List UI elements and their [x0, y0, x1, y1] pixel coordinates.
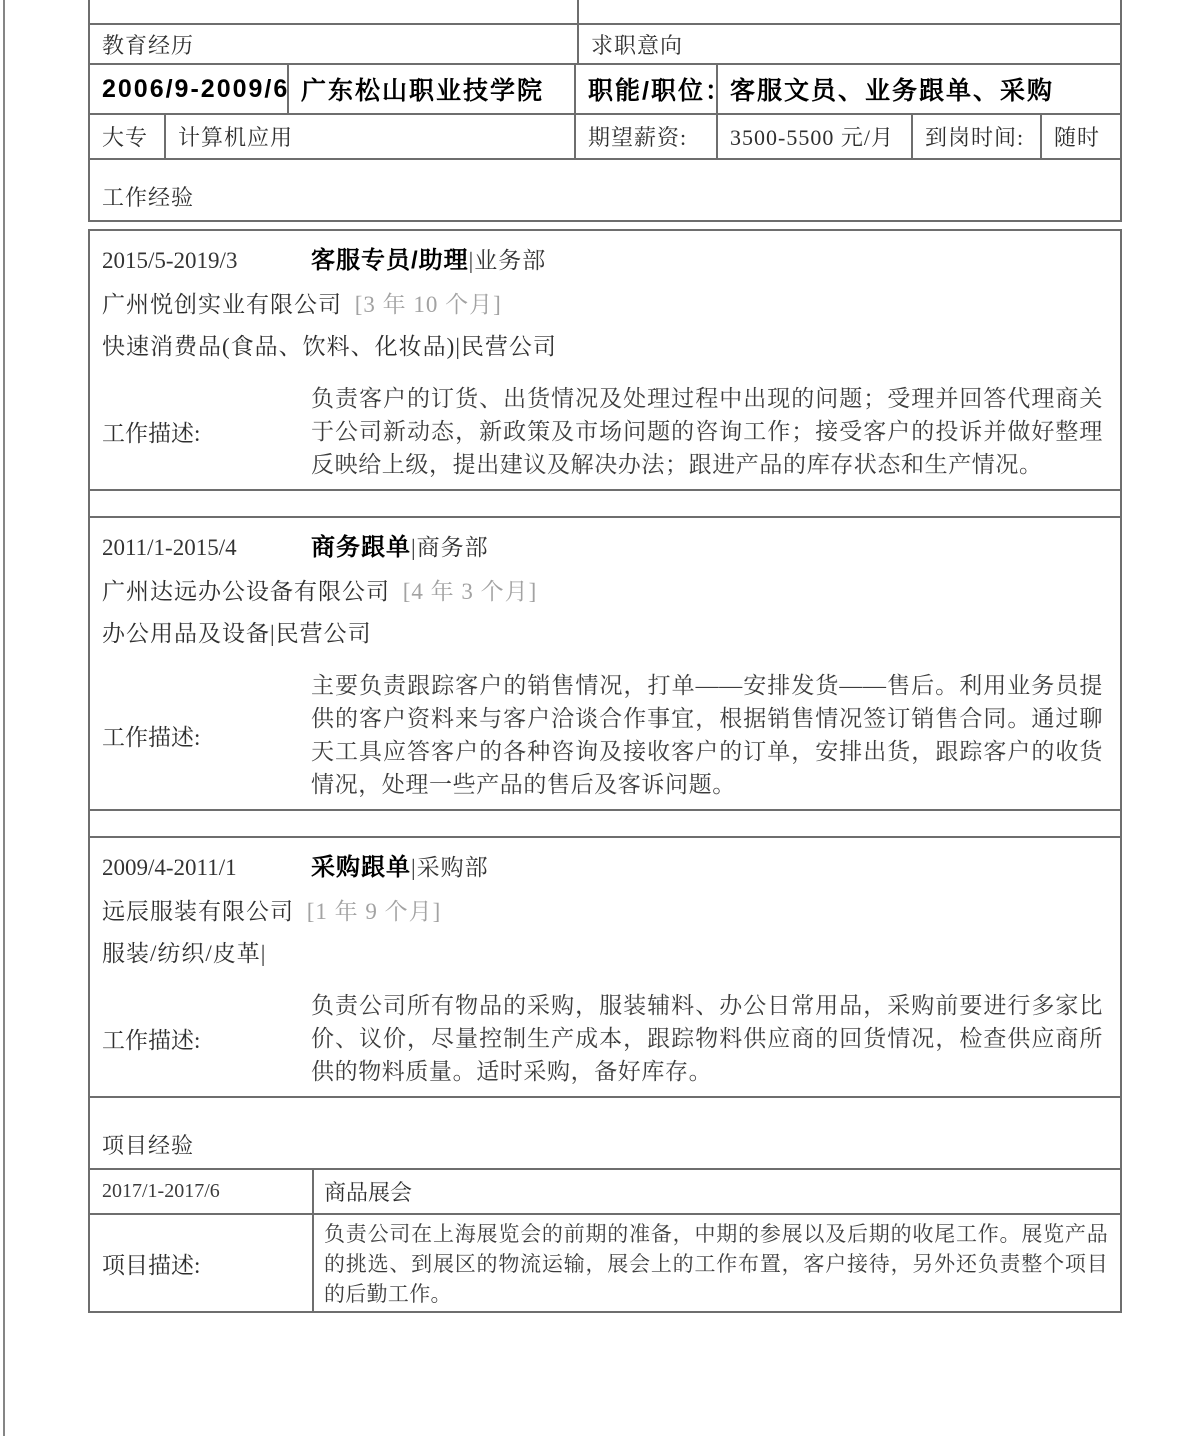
function-value: 客服文员、业务跟单、采购: [716, 65, 1120, 113]
partial-cell-right: [577, 0, 1120, 23]
work-experience-section-title: 工作经验: [102, 181, 194, 212]
job-period: 2009/4-2011/1: [102, 854, 311, 882]
job-title-line: 2015/5-2019/3 客服专员/助理 |业务部: [102, 247, 1106, 275]
job-entry-2: 2011/1-2015/4 商务跟单 |商务部 广州达远办公设备有限公司 [4 …: [90, 518, 1120, 809]
education-period: 2006/9-2009/6: [90, 65, 287, 113]
job-description: 主要负责跟踪客户的销售情况，打单——安排发货——售后。利用业务员提供的客户资料来…: [311, 669, 1103, 801]
job-duration: [3 年 10 个月]: [355, 292, 502, 317]
job-title: 采购跟单: [311, 854, 411, 882]
partial-cell-left: [90, 0, 577, 23]
row-spacer: [90, 489, 1120, 518]
job-company: 远辰服装有限公司: [102, 899, 294, 924]
salary-value: 3500-5500 元/月: [716, 115, 911, 158]
resume-document: 教育经历 求职意向 2006/9-2009/6 广东松山职业技学院 职能/职位：…: [88, 0, 1122, 1313]
job-description-row: 工作描述: 负责公司所有物品的采购，服装辅料、办公日常用品，采购前要进行多家比价…: [102, 989, 1106, 1088]
page-left-border: [3, 0, 5, 1436]
job-duration: [4 年 3 个月]: [403, 579, 538, 604]
job-description-row: 工作描述: 负责客户的订货、出货情况及处理过程中出现的问题；受理并回答代理商关于…: [102, 382, 1106, 481]
section-title-row: 教育经历 求职意向: [90, 25, 1120, 65]
job-title-line: 2011/1-2015/4 商务跟单 |商务部: [102, 534, 1106, 562]
table-partial-top-row: [90, 0, 1120, 25]
job-description-label: 工作描述:: [102, 719, 311, 752]
job-company-line: 远辰服装有限公司 [1 年 9 个月]: [102, 898, 1106, 925]
work-experience-table: 2015/5-2019/3 客服专员/助理 |业务部 广州悦创实业有限公司 [3…: [88, 229, 1122, 1098]
job-duration: [1 年 9 个月]: [307, 899, 442, 924]
project-experience-header-row: 项目经验: [88, 1098, 1122, 1170]
job-industry: 快速消费品(食品、饮料、化妆品)|民营公司: [102, 333, 1106, 360]
education-intention-table: 教育经历 求职意向 2006/9-2009/6 广东松山职业技学院 职能/职位：…: [88, 0, 1122, 160]
job-title: 客服专员/助理: [311, 247, 469, 275]
education-school: 广东松山职业技学院: [287, 65, 574, 113]
job-department: |采购部: [411, 854, 489, 882]
job-intention-section-title: 求职意向: [577, 25, 1120, 63]
project-experience-section-title: 项目经验: [102, 1129, 194, 1160]
project-title-row: 2017/1-2017/6 商品展会: [90, 1170, 1120, 1215]
education-section-title: 教育经历: [90, 25, 577, 63]
project-name: 商品展会: [314, 1170, 1120, 1213]
project-period: 2017/1-2017/6: [90, 1170, 314, 1213]
job-company: 广州达远办公设备有限公司: [102, 579, 390, 604]
project-experience-table: 2017/1-2017/6 商品展会 项目描述: 负责公司在上海展览会的前期的准…: [88, 1170, 1122, 1313]
job-description-label: 工作描述:: [102, 415, 311, 448]
project-description: 负责公司在上海展览会的前期的准备，中期的参展以及后期的收尾工作。展览产品的挑选、…: [314, 1215, 1120, 1311]
job-company-line: 广州悦创实业有限公司 [3 年 10 个月]: [102, 291, 1106, 318]
project-description-row: 项目描述: 负责公司在上海展览会的前期的准备，中期的参展以及后期的收尾工作。展览…: [90, 1215, 1120, 1311]
job-company-line: 广州达远办公设备有限公司 [4 年 3 个月]: [102, 578, 1106, 605]
education-basics-row: 大专 计算机应用 期望薪资: 3500-5500 元/月 到岗时间: 随时: [90, 115, 1120, 160]
job-title: 商务跟单: [311, 534, 411, 562]
education-degree: 大专: [90, 115, 164, 158]
job-period: 2011/1-2015/4: [102, 534, 311, 562]
job-industry: 办公用品及设备|民营公司: [102, 620, 1106, 647]
education-detail-row: 2006/9-2009/6 广东松山职业技学院 职能/职位： 客服文员、业务跟单…: [90, 65, 1120, 115]
job-company: 广州悦创实业有限公司: [102, 292, 342, 317]
salary-label: 期望薪资:: [574, 115, 716, 158]
job-industry: 服装/纺织/皮革|: [102, 940, 1106, 967]
job-description: 负责公司所有物品的采购，服装辅料、办公日常用品，采购前要进行多家比价、议价，尽量…: [311, 989, 1103, 1088]
project-description-label: 项目描述:: [90, 1215, 314, 1311]
job-period: 2015/5-2019/3: [102, 247, 311, 275]
job-description-label: 工作描述:: [102, 1022, 311, 1055]
row-spacer: [90, 809, 1120, 838]
job-entry-1: 2015/5-2019/3 客服专员/助理 |业务部 广州悦创实业有限公司 [3…: [90, 231, 1120, 489]
job-description-row: 工作描述: 主要负责跟踪客户的销售情况，打单——安排发货——售后。利用业务员提供…: [102, 669, 1106, 801]
job-description: 负责客户的订货、出货情况及处理过程中出现的问题；受理并回答代理商关于公司新动态，…: [311, 382, 1103, 481]
work-experience-header-row: 工作经验: [88, 160, 1122, 222]
function-label: 职能/职位：: [574, 65, 716, 113]
job-department: |商务部: [411, 534, 489, 562]
job-department: |业务部: [469, 247, 547, 275]
availability-label: 到岗时间:: [911, 115, 1040, 158]
availability-value: 随时: [1040, 115, 1120, 158]
job-entry-3: 2009/4-2011/1 采购跟单 |采购部 远辰服装有限公司 [1 年 9 …: [90, 838, 1120, 1096]
job-title-line: 2009/4-2011/1 采购跟单 |采购部: [102, 854, 1106, 882]
education-major: 计算机应用: [164, 115, 574, 158]
